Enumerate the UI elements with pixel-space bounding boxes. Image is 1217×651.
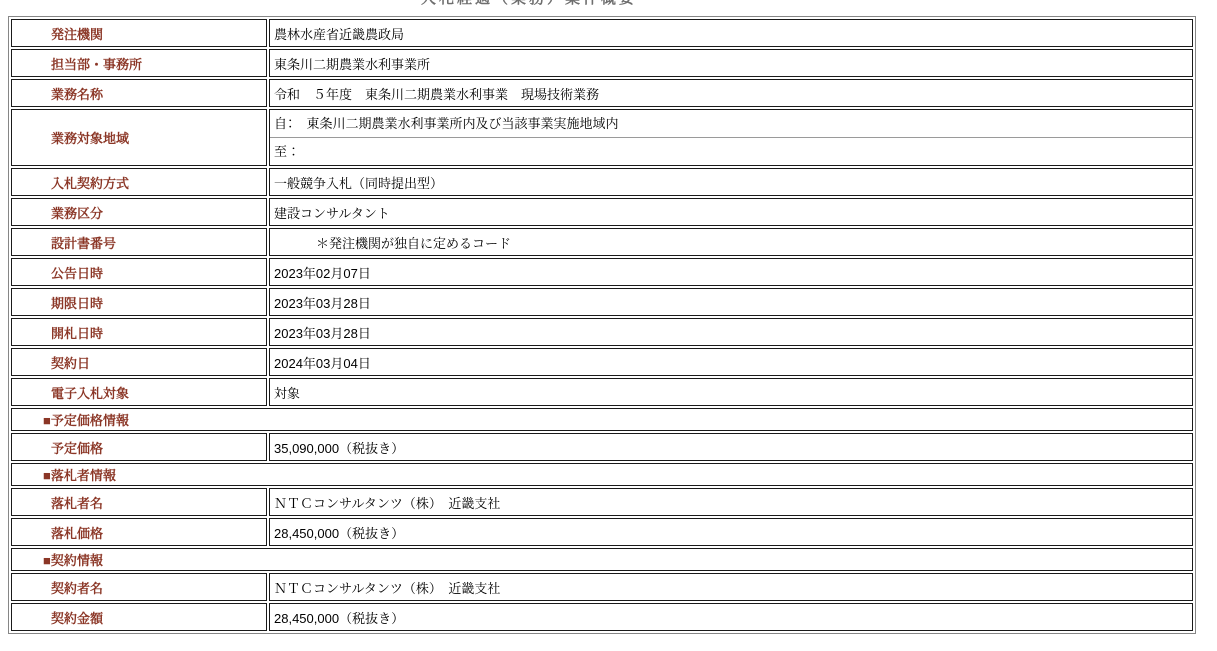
- field-label-work-category: 業務区分: [11, 198, 267, 226]
- field-value-target-area: 自： 東条川二期農業水利事業所内及び当該事業実施地域内 至：: [269, 109, 1193, 166]
- field-value-deadline-date: 2023年03月28日: [269, 288, 1193, 316]
- section-header-planned-price: ■予定価格情報: [11, 408, 1193, 431]
- field-value-bid-opening-date: 2023年03月28日: [269, 318, 1193, 346]
- field-value-winner-name: ＮＴＣコンサルタンツ（株） 近畿支社: [269, 488, 1193, 516]
- table-row: 電子入札対象 対象: [11, 378, 1193, 406]
- table-row: 担当部・事務所 東条川二期農業水利事業所: [11, 49, 1193, 77]
- field-value-ordering-agency: 農林水産省近畿農政局: [269, 19, 1193, 47]
- field-label-contract-method: 入札契約方式: [11, 168, 267, 196]
- table-row: 契約者名 ＮＴＣコンサルタンツ（株） 近畿支社: [11, 573, 1193, 601]
- table-row: 落札価格 28,450,000（税抜き）: [11, 518, 1193, 546]
- field-value-winning-price: 28,450,000（税抜き）: [269, 518, 1193, 546]
- field-label-spec-number: 設計書番号: [11, 228, 267, 256]
- section-row: ■契約情報: [11, 548, 1193, 571]
- value-line-to: 至：: [270, 138, 1192, 165]
- table-row: 設計書番号 ＊発注機関が独自に定めるコード: [11, 228, 1193, 256]
- field-label-electronic-bidding: 電子入札対象: [11, 378, 267, 406]
- section-header-contract-info: ■契約情報: [11, 548, 1193, 571]
- section-row: ■落札者情報: [11, 463, 1193, 486]
- field-label-contractor-name: 契約者名: [11, 573, 267, 601]
- field-value-department-office: 東条川二期農業水利事業所: [269, 49, 1193, 77]
- field-label-department-office: 担当部・事務所: [11, 49, 267, 77]
- field-value-electronic-bidding: 対象: [269, 378, 1193, 406]
- spec-number-note: ＊発注機関が独自に定めるコード: [274, 233, 511, 252]
- field-value-project-name: 令和 ５年度 東条川二期農業水利事業 現場技術業務: [269, 79, 1193, 107]
- table-row: 入札契約方式 一般競争入札（同時提出型）: [11, 168, 1193, 196]
- field-value-contract-amount: 28,450,000（税抜き）: [269, 603, 1193, 631]
- page-title: 入札経過（業務）案件概要: [398, 0, 660, 8]
- field-value-contractor-name: ＮＴＣコンサルタンツ（株） 近畿支社: [269, 573, 1193, 601]
- value-line-from: 自： 東条川二期農業水利事業所内及び当該事業実施地域内: [270, 110, 1192, 137]
- table-row: 業務名称 令和 ５年度 東条川二期農業水利事業 現場技術業務: [11, 79, 1193, 107]
- field-value-contract-date: 2024年03月04日: [269, 348, 1193, 376]
- table-row: 契約日 2024年03月04日: [11, 348, 1193, 376]
- table-row: 公告日時 2023年02月07日: [11, 258, 1193, 286]
- table-row: 落札者名 ＮＴＣコンサルタンツ（株） 近畿支社: [11, 488, 1193, 516]
- table-row: 契約金額 28,450,000（税抜き）: [11, 603, 1193, 631]
- field-label-winning-price: 落札価格: [11, 518, 267, 546]
- field-label-target-area: 業務対象地域: [11, 109, 267, 166]
- field-value-contract-method: 一般競争入札（同時提出型）: [269, 168, 1193, 196]
- field-label-announcement-date: 公告日時: [11, 258, 267, 286]
- field-label-project-name: 業務名称: [11, 79, 267, 107]
- section-row: ■予定価格情報: [11, 408, 1193, 431]
- field-label-contract-date: 契約日: [11, 348, 267, 376]
- table-row: 予定価格 35,090,000（税抜き）: [11, 433, 1193, 461]
- table-row: 開札日時 2023年03月28日: [11, 318, 1193, 346]
- field-value-announcement-date: 2023年02月07日: [269, 258, 1193, 286]
- field-label-ordering-agency: 発注機関: [11, 19, 267, 47]
- table-row: 発注機関 農林水産省近畿農政局: [11, 19, 1193, 47]
- case-summary-table: 発注機関 農林水産省近畿農政局 担当部・事務所 東条川二期農業水利事業所 業務名…: [8, 16, 1196, 634]
- field-label-deadline-date: 期限日時: [11, 288, 267, 316]
- field-label-bid-opening-date: 開札日時: [11, 318, 267, 346]
- field-value-planned-price: 35,090,000（税抜き）: [269, 433, 1193, 461]
- table-row: 業務区分 建設コンサルタント: [11, 198, 1193, 226]
- field-label-contract-amount: 契約金額: [11, 603, 267, 631]
- field-label-winner-name: 落札者名: [11, 488, 267, 516]
- field-label-planned-price: 予定価格: [11, 433, 267, 461]
- table-row: 期限日時 2023年03月28日: [11, 288, 1193, 316]
- field-value-spec-number: ＊発注機関が独自に定めるコード: [269, 228, 1193, 256]
- table-row-multi: 業務対象地域 自： 東条川二期農業水利事業所内及び当該事業実施地域内 至：: [11, 109, 1193, 166]
- section-header-winning-bidder: ■落札者情報: [11, 463, 1193, 486]
- field-value-work-category: 建設コンサルタント: [269, 198, 1193, 226]
